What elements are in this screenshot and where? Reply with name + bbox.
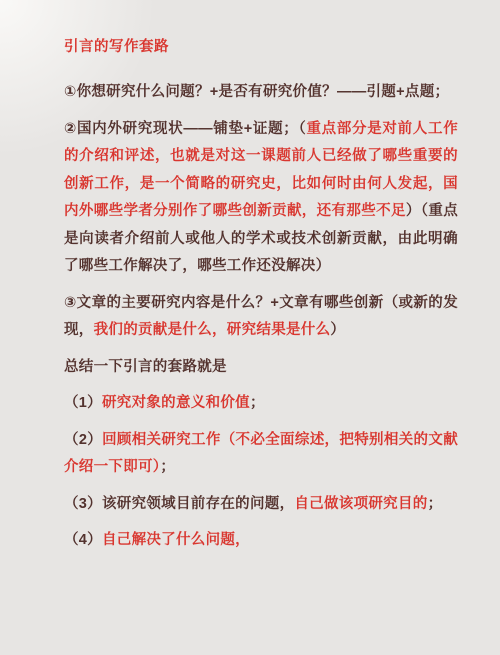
paragraph: ②国内外研究现状——铺垫+证题；（重点部分是对前人工作的介绍和评述，也就是对这一… [64,116,458,281]
text-segment: 回顾相关研究工作（不必全面综述，把特别相关的文献介绍一下即可） [64,432,458,476]
text-segment: 我们的贡献是什么，研究结果是什么 [94,322,331,338]
text-segment: 总结一下引言的套路就是 [64,359,227,375]
text-segment: （4） [64,532,102,548]
paragraph-list: ①你想研究什么问题？+是否有研究价值？——引题+点题；②国内外研究现状——铺垫+… [64,79,458,555]
text-segment: （2） [64,432,102,448]
text-segment: （3）该研究领域目前存在的问题， [64,496,294,512]
paragraph: （4）自己解决了什么问题， [64,527,458,555]
text-segment: ； [250,395,265,411]
text-segment: ； [428,496,443,512]
text-segment: ） [330,322,345,338]
paragraph: ③文章的主要研究内容是什么？+文章有哪些创新（或新的发现，我们的贡献是什么，研究… [64,290,458,345]
paragraph: （3）该研究领域目前存在的问题，自己做该项研究目的； [64,491,458,519]
paragraph: 总结一下引言的套路就是 [64,354,458,382]
document-page: 引言的写作套路 ①你想研究什么问题？+是否有研究价值？——引题+点题；②国内外研… [0,0,500,655]
document-title: 引言的写作套路 [64,33,458,61]
text-segment: ①你想研究什么问题？+是否有研究价值？——引题+点题； [64,84,449,100]
paragraph: （1）研究对象的意义和价值； [64,390,458,418]
text-segment: 自己解决了什么问题， [102,532,250,548]
text-segment: 自己做该项研究目的 [294,496,427,512]
paragraph: （2）回顾相关研究工作（不必全面综述，把特别相关的文献介绍一下即可）； [64,427,458,482]
text-segment: ； [160,459,175,475]
text-segment: ②国内外研究现状——铺垫+证题；（ [64,121,306,137]
text-segment: （1） [64,395,102,411]
paragraph: ①你想研究什么问题？+是否有研究价值？——引题+点题； [64,79,458,107]
text-segment: 研究对象的意义和价值 [102,395,250,411]
